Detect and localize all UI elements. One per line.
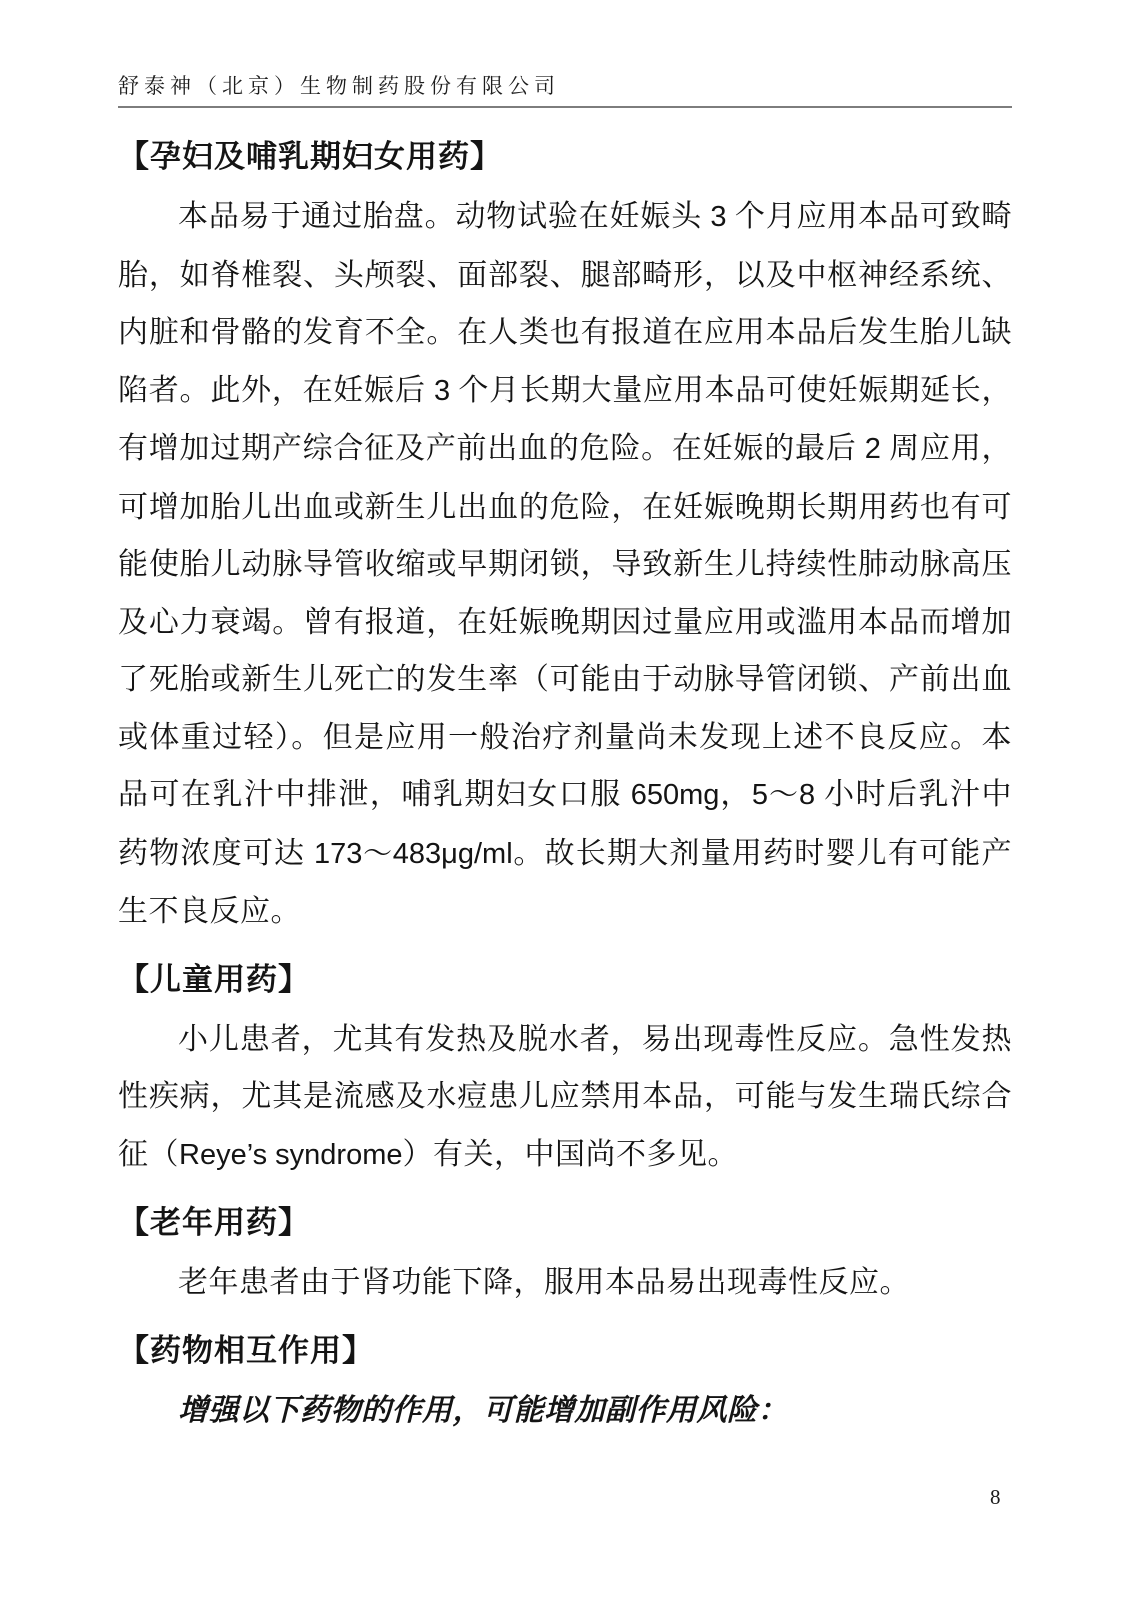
latin-text-segment: Reye’s syndrome	[179, 1139, 403, 1171]
latin-text-segment: 3	[710, 201, 726, 233]
text-segment: 老年患者由于肾功能下降，服用本品易出现毒性反应。	[178, 1266, 910, 1299]
paragraph: 老年患者由于肾功能下降，服用本品易出现毒性反应。	[118, 1254, 1012, 1312]
paragraph: 小儿患者，尤其有发热及脱水者，易出现毒性反应。急性发热性疾病，尤其是流感及水痘患…	[118, 1011, 1012, 1185]
paragraph: 增强以下药物的作用，可能增加副作用风险：	[118, 1382, 1012, 1440]
section-heading: 【老年用药】	[118, 1202, 1012, 1244]
company-name: 舒泰神（北京）生物制药股份有限公司	[118, 74, 1012, 99]
document-page: 舒泰神（北京）生物制药股份有限公司 【孕妇及哺乳期妇女用药】本品易于通过胎盘。动…	[0, 0, 1131, 1600]
latin-text-segment: 2	[865, 433, 881, 465]
paragraph: 本品易于通过胎盘。动物试验在妊娠头 3 个月应用本品可致畸胎，如脊椎裂、头颅裂、…	[118, 188, 1012, 941]
text-segment: ）有关，中国尚不多见。	[403, 1138, 739, 1171]
text-segment: ，	[719, 778, 751, 811]
text-segment: 本品易于通过胎盘。动物试验在妊娠头	[178, 200, 710, 233]
latin-text-segment: 173～483μg/ml	[314, 838, 513, 870]
text-segment: 增强以下药物的作用，可能增加副作用风险：	[178, 1394, 788, 1427]
page-number: 8	[990, 1486, 1001, 1508]
latin-text-segment: 3	[434, 375, 450, 407]
section-heading: 【儿童用药】	[118, 959, 1012, 1001]
text-segment: 周应用，可增加胎儿出血或新生儿出血的危险，在妊娠晚期长期用药也有可能使胎儿动脉导…	[118, 432, 1012, 811]
section-heading: 【孕妇及哺乳期妇女用药】	[118, 136, 1012, 178]
document-body: 【孕妇及哺乳期妇女用药】本品易于通过胎盘。动物试验在妊娠头 3 个月应用本品可致…	[118, 109, 1012, 1439]
latin-text-segment: 5～8	[752, 779, 815, 811]
section-heading: 【药物相互作用】	[118, 1330, 1012, 1372]
latin-text-segment: 650mg	[631, 779, 720, 811]
page-header: 舒泰神（北京）生物制药股份有限公司	[118, 0, 1012, 108]
